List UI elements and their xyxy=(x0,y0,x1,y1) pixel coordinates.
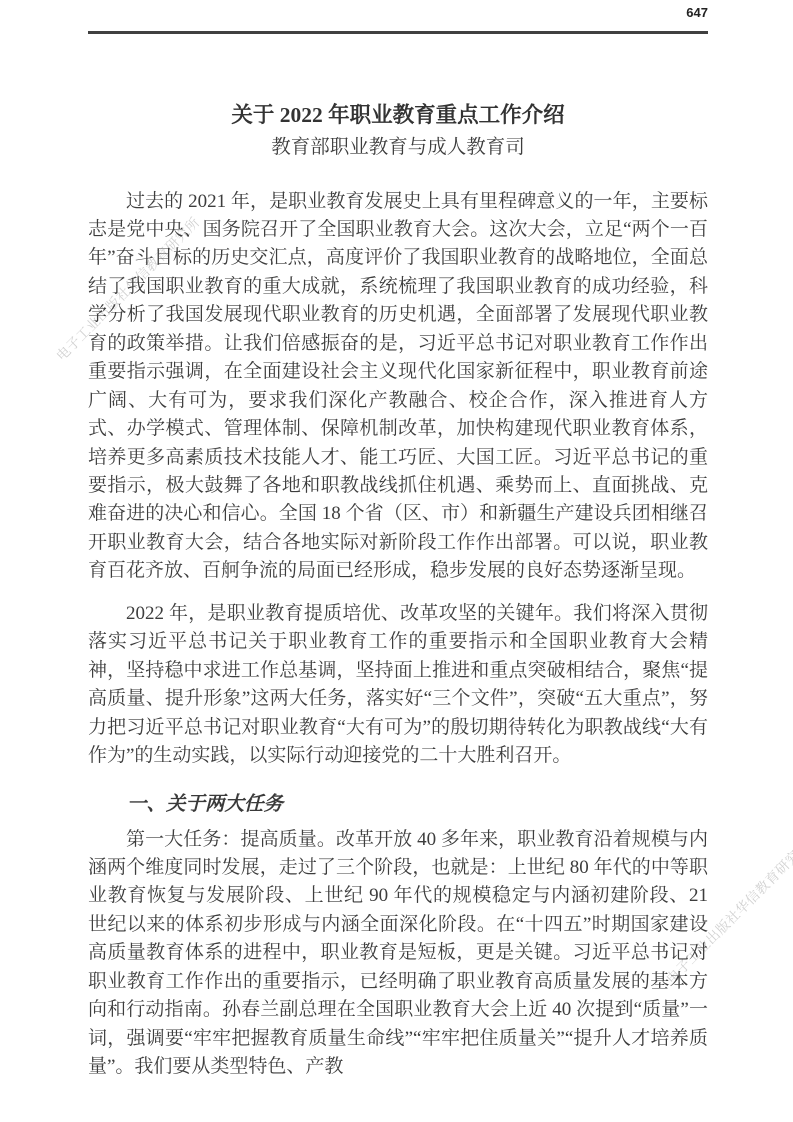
paragraph-2022-outlook: 2022 年，是职业教育提质培优、改革攻坚的关键年。我们将深入贯彻落实习近平总书… xyxy=(88,600,708,771)
document-title: 关于 2022 年职业教育重点工作介绍 xyxy=(88,100,708,130)
header-rule xyxy=(88,31,708,34)
paragraph-2021-review: 过去的 2021 年，是职业教育发展史上具有里程碑意义的一年，主要标志是党中央、… xyxy=(88,188,708,586)
page-number: 647 xyxy=(88,4,708,22)
paragraph-task-one-quality: 第一大任务：提高质量。改革开放 40 多年来，职业教育沿着规模与内涵两个维度同时… xyxy=(88,826,708,1082)
page-header: 647 xyxy=(0,0,793,34)
section-heading-two-tasks: 一、关于两大任务 xyxy=(88,791,708,819)
document-content: 关于 2022 年职业教育重点工作介绍 教育部职业教育与成人教育司 过去的 20… xyxy=(0,100,793,1082)
document-page: 647 电子工业出版社华信教育研究所 电子工业出版社华信教育研究所 关于 202… xyxy=(0,0,793,1122)
document-author: 教育部职业教育与成人教育司 xyxy=(88,133,708,163)
